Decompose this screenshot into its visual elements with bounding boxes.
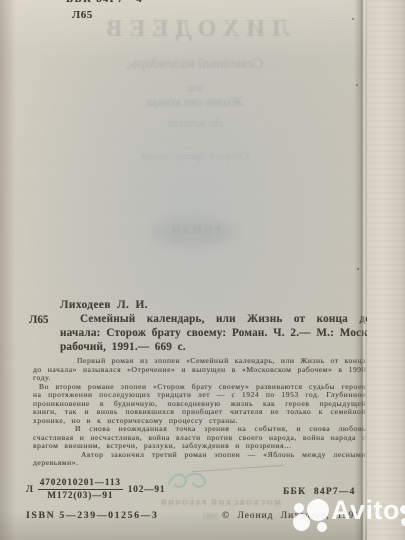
catalog-number-fraction: 4702010201—113 М172(03)—91 (38, 478, 123, 501)
annotation-paragraph: Автор закончил третий роман эпопеи — «Яб… (33, 451, 366, 468)
showthrough-blob (150, 218, 235, 246)
dust-speck (357, 268, 359, 270)
catalog-number-prefix: Л (26, 485, 34, 495)
page-left-shadow (0, 0, 16, 540)
isbn-number: ISBN 5—239—01256—3 (26, 510, 159, 521)
showthrough-title-line1: Семейный календарь, (115, 56, 275, 73)
bbk-header-clipped: ББК 84Р7—4 (66, 0, 143, 5)
copyright-line: © Леонид Лиходеев, 1991 (222, 511, 360, 521)
catalog-code-top: Л65 (72, 9, 93, 21)
showthrough-title-line2: или (115, 82, 275, 94)
showthrough-genre: РОМАН (135, 225, 255, 236)
showthrough-title-line4: до начала (115, 115, 275, 131)
showthrough-title-line3: Жизнь от конца (115, 95, 275, 111)
watermark-edge-fragment (401, 518, 405, 526)
showthrough-year: 1991 (196, 512, 224, 521)
page-fore-edge (367, 0, 405, 540)
page-top-highlight (0, 0, 405, 60)
catalog-number-numerator: 4702010201—113 (38, 478, 123, 490)
annotation-block: Первый роман из эпопеи «Семейный календа… (33, 357, 366, 468)
catalog-number-block: Л 4702010201—113 М172(03)—91 102—91 (26, 478, 165, 501)
annotation-paragraph: Первый роман из эпопеи «Семейный календа… (33, 357, 366, 383)
citation-code: Л65 (29, 314, 49, 326)
showthrough-author-text: ЛИХОДЕЕВ (100, 16, 290, 43)
catalog-number-denominator: М172(03)—91 (38, 490, 123, 501)
book-page-photo: ЛИХОДЕЕВ Семейный календарь, или Жизнь о… (0, 0, 405, 540)
catalog-number-suffix: 102—91 (128, 485, 166, 495)
dust-speck (352, 18, 354, 20)
avito-logo-icon (317, 522, 327, 532)
annotation-paragraph: И снова неожиданная точка зрения на собы… (33, 425, 366, 451)
citation-author: Лиходеев Л. И. (60, 299, 148, 311)
teal-pen-scribble (165, 468, 210, 492)
showthrough-publisher: МОСКОВСКИЙ РАБОЧИЙ (155, 499, 285, 507)
citation-text: Семейный календарь, или Жизнь от конца д… (60, 313, 371, 355)
annotation-paragraph: Во втором романе эпопеи «Сторож брату св… (33, 383, 366, 426)
showthrough-subtitle: Сторож брату своему (110, 150, 280, 162)
bbk-code: ББК 84Р7—4 (283, 486, 356, 497)
watermark-edge-fragment (400, 505, 405, 514)
dust-speck (356, 84, 358, 86)
